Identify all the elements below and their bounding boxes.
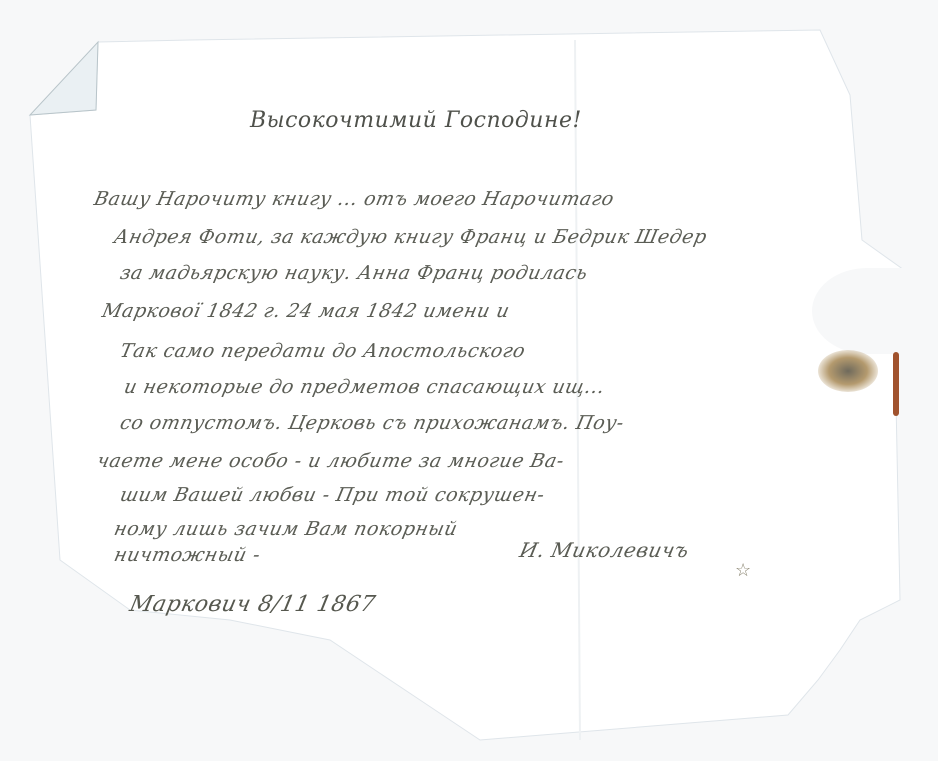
body-line: Вашу Нарочиту книгу ... отъ моего Нарочи…: [92, 188, 616, 210]
date-line: Маркович 8/11 1867: [127, 592, 377, 617]
scorched-edge: [893, 352, 899, 416]
star-mark-icon: ☆: [735, 560, 751, 581]
body-line: Андрея Фоти, за каждую книгу Франц и Бед…: [112, 226, 709, 248]
body-line: и некоторые до предметов спасающих ищ...: [122, 376, 607, 398]
signature: И. Миколевичъ: [517, 538, 691, 562]
torn-hole: [812, 268, 922, 354]
body-line: ничтожный -: [112, 544, 262, 566]
letter-paper: Высокочтимий Господине! Вашу Нарочиту кн…: [0, 0, 938, 761]
body-line: со отпустомъ. Церковь съ прихожанамъ. По…: [118, 412, 626, 434]
salutation: Высокочтимий Господине!: [250, 108, 582, 133]
body-line: шим Вашей любви - При той сокрушен-: [118, 484, 547, 506]
body-line: Маркової 1842 г. 24 мая 1842 имени и: [100, 300, 512, 322]
burn-stain: [818, 350, 878, 392]
body-line: Так само передати до Апостольского: [118, 340, 527, 362]
body-line: ному лишь зачим Вам покорный: [112, 518, 460, 540]
body-line: за мадьярскую науку. Анна Франц родилась: [118, 262, 590, 284]
body-line: чаете мене особо - и любите за многие Ва…: [95, 450, 566, 472]
